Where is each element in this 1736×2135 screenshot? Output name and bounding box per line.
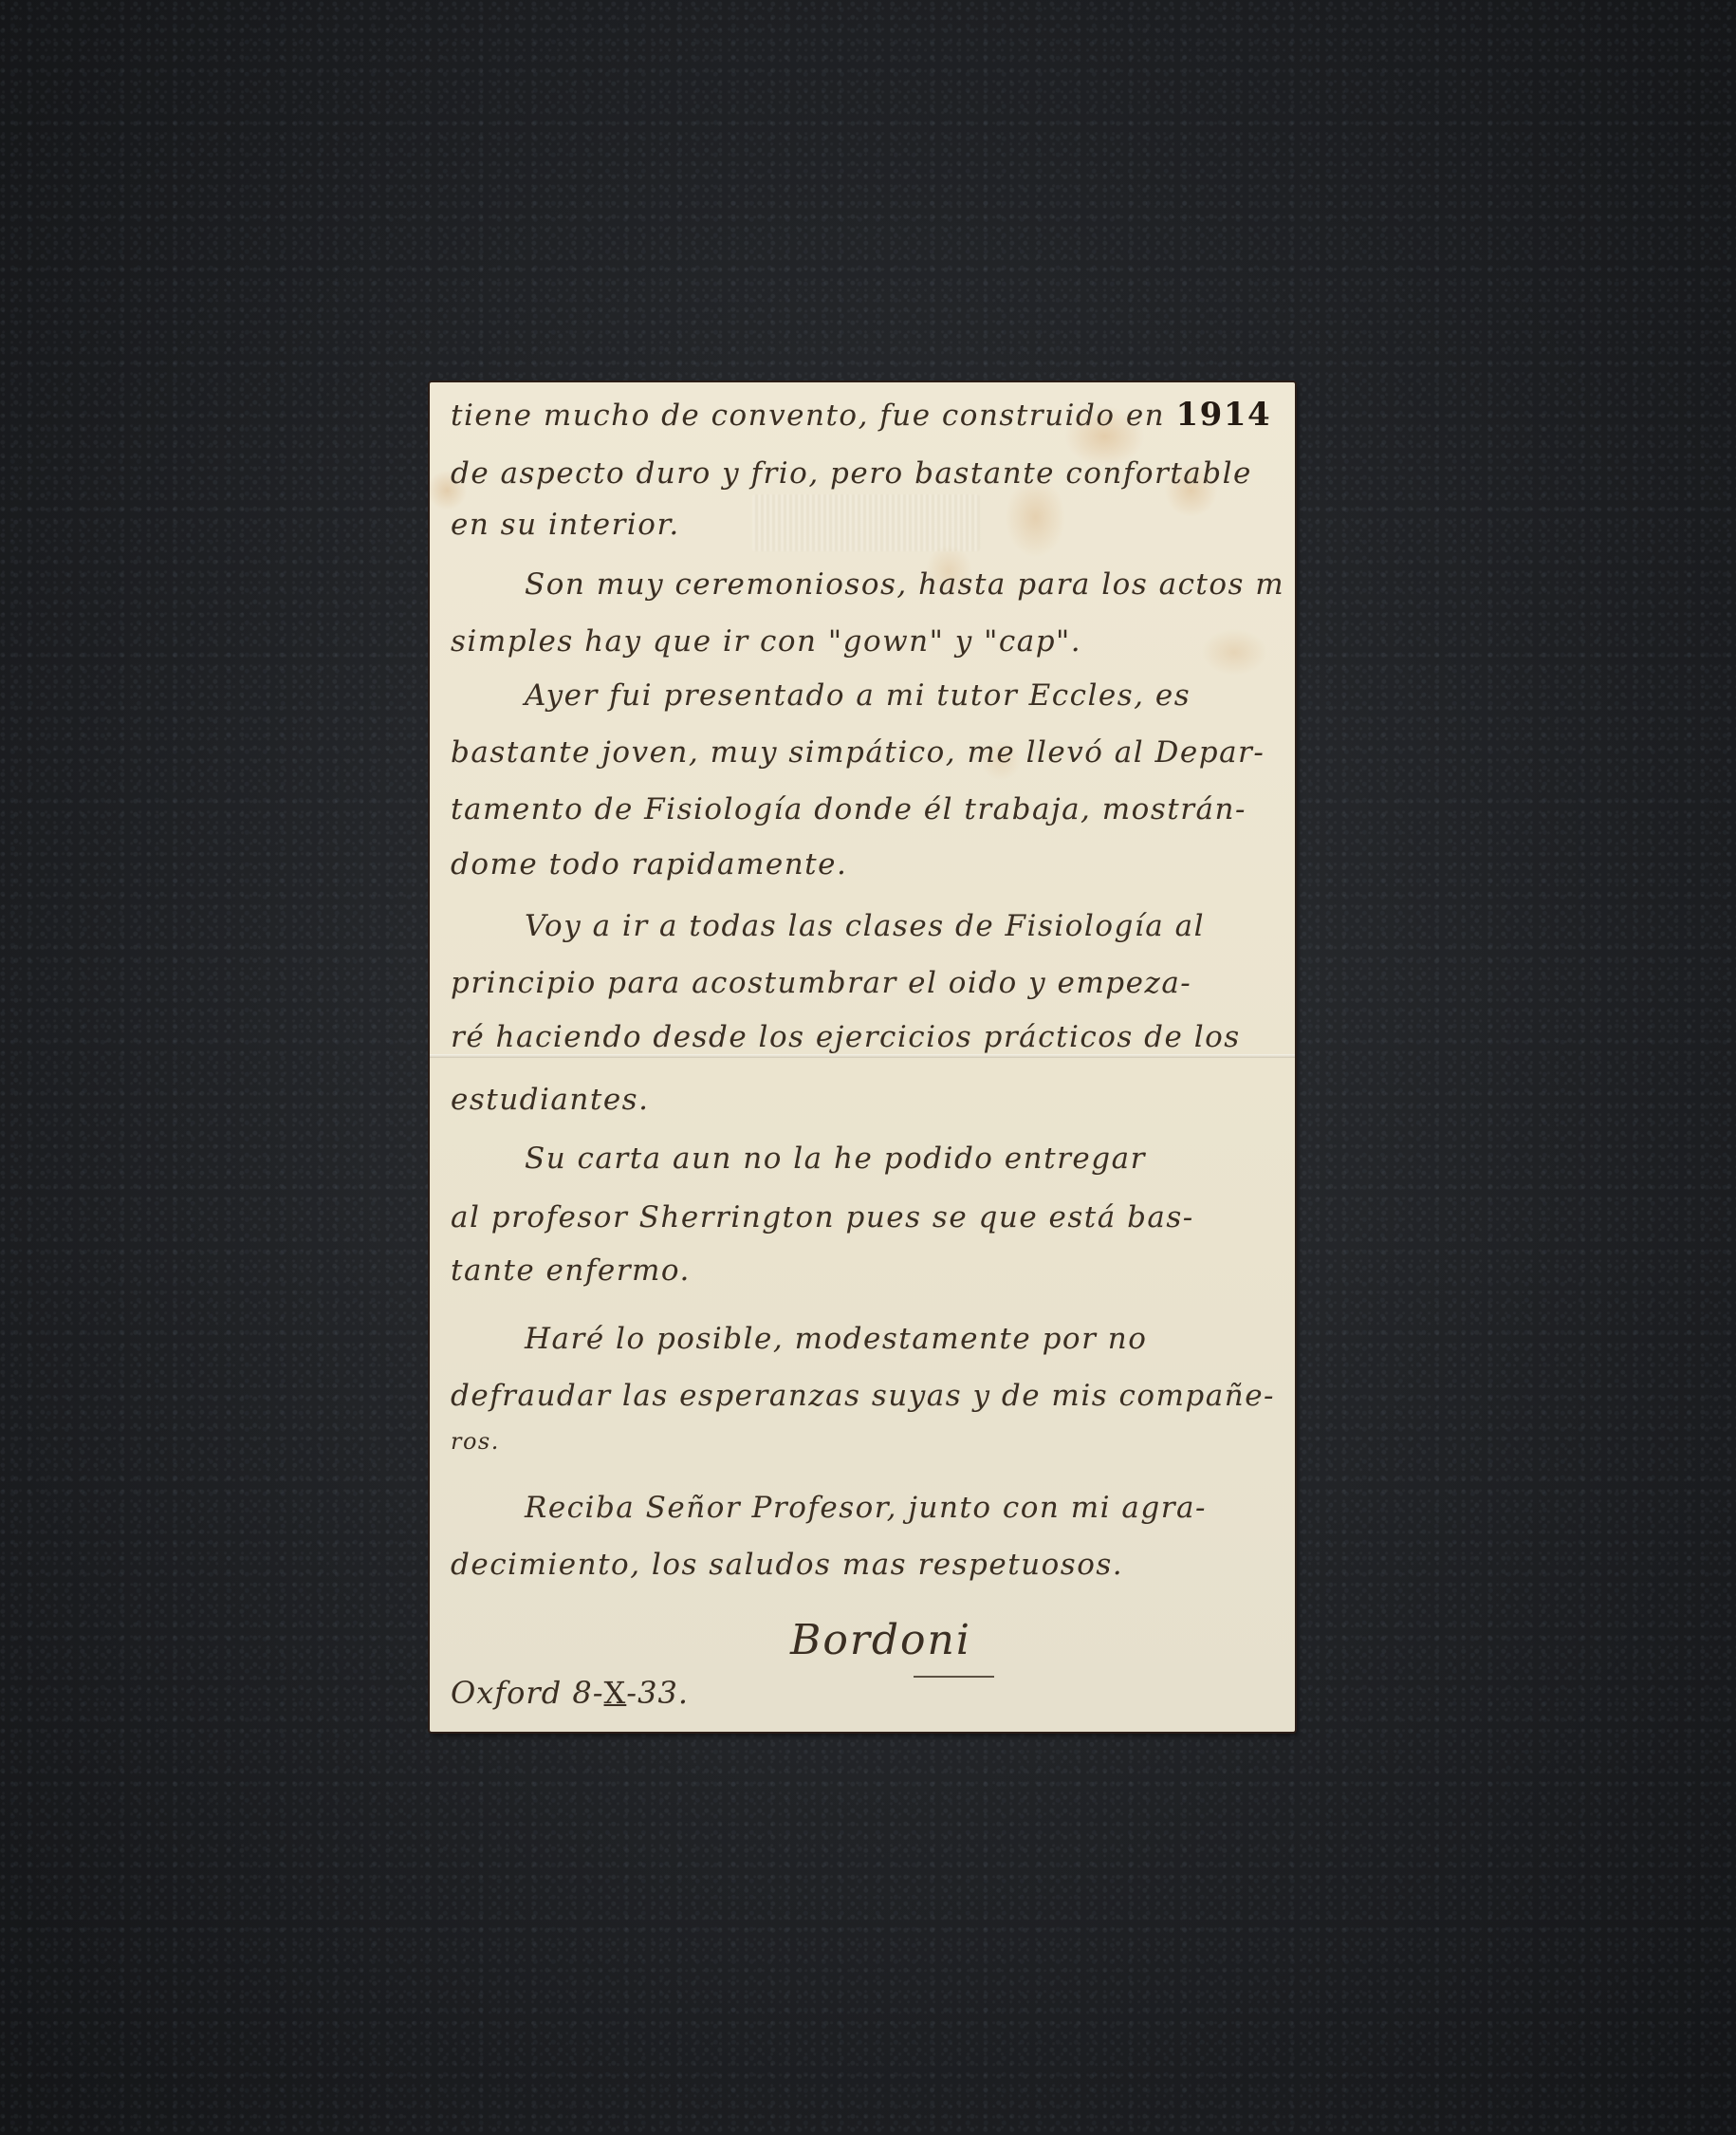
letter-line-4: Son muy ceremoniosos, hasta para los act…: [451, 567, 1282, 602]
signature: Bordoni: [790, 1616, 971, 1664]
letter-line-14: Su carta aun no la he podido entregar: [451, 1142, 1282, 1176]
letter-line-10: Voy a ir a todas las clases de Fisiologí…: [451, 909, 1282, 943]
letter-line-8: tamento de Fisiología donde él trabaja, …: [451, 792, 1282, 826]
letter-line-1: tiene mucho de convento, fue construido …: [451, 396, 1282, 434]
year-annotation: 1914: [1176, 396, 1272, 434]
letter-line-9: dome todo rapidamente.: [451, 847, 1282, 882]
letter-page: tiene mucho de convento, fue construido …: [430, 382, 1295, 1732]
letter-line-11: principio para acostumbrar el oido y emp…: [451, 966, 1282, 1000]
letter-line-18: defraudar las esperanzas suyas y de mis …: [451, 1379, 1282, 1413]
fold-line: [430, 1054, 1295, 1058]
letter-line-19: ros.: [451, 1428, 1282, 1455]
letter-line-17: Haré lo posible, modestamente por no: [451, 1322, 1282, 1356]
letter-line-16: tante enfermo.: [451, 1253, 1282, 1288]
letter-line-7: bastante joven, muy simpático, me llevó …: [451, 735, 1282, 770]
place: Oxford: [451, 1675, 562, 1711]
letter-line-6: Ayer fui presentado a mi tutor Eccles, e…: [451, 678, 1282, 713]
date-year: 33: [637, 1675, 678, 1711]
date-separator: -: [626, 1675, 637, 1711]
letter-line-5: simples hay que ir con "gown" y "cap".: [451, 624, 1282, 659]
letter-line-3: en su interior.: [451, 508, 1282, 542]
date-day: 8: [572, 1675, 592, 1711]
letter-text: tiene mucho de convento, fue construido …: [451, 399, 1165, 433]
place-and-date: Oxford 8-X-33.: [451, 1675, 689, 1711]
date-month: X: [604, 1675, 627, 1711]
signature-underline: [914, 1676, 994, 1678]
letter-line-2: de aspecto duro y frio, pero bastante co…: [451, 456, 1282, 491]
letter-line-20: Reciba Señor Profesor, junto con mi agra…: [451, 1491, 1282, 1525]
letter-line-15: al profesor Sherrington pues se que está…: [451, 1200, 1282, 1235]
date-separator: -: [593, 1675, 604, 1711]
letter-line-12: ré haciendo desde los ejercicios práctic…: [451, 1020, 1282, 1054]
letter-line-13: estudiantes.: [451, 1083, 1282, 1117]
letter-line-21: decimiento, los saludos mas respetuosos.: [451, 1548, 1282, 1582]
